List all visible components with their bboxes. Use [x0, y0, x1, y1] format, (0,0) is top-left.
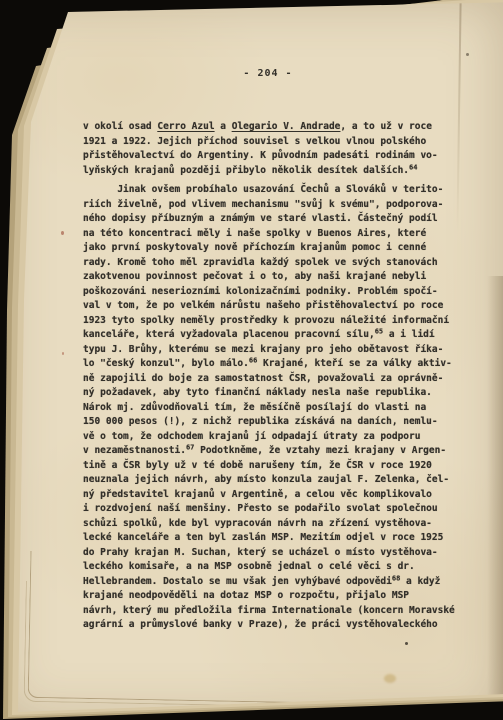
text-segment: a	[215, 121, 232, 132]
text-segment: typu J. Brůhy, kterému se mezi krajany p…	[83, 344, 443, 355]
ink-speck	[61, 231, 64, 235]
text-segment: , a to už v roce	[340, 121, 432, 132]
text-segment: leckého komisaře, a na MSP osobně jednal…	[83, 561, 415, 572]
text-line: 1921 a 1922. Jejich příchod souvisel s v…	[83, 135, 478, 150]
text-line: rady. Kromě toho měl zpravidla každý spo…	[83, 256, 478, 271]
text-line: návrh, který mu předložila firma Interna…	[83, 604, 478, 619]
text-line: lo "český konzul", bylo málo.66 Krajané,…	[83, 357, 478, 372]
text-line: v nezaměstnanosti.67 Podotkněme, že vzta…	[83, 444, 478, 459]
text-line: kanceláře, která vyžadovala placenou pra…	[83, 328, 478, 343]
text-line: i rozdvojení naší menšiny. Přesto se pod…	[83, 502, 478, 517]
text-segment: lyňských krajanů později přibylo několik…	[83, 165, 409, 176]
text-segment: poškozováni neseriozními kolonizačními p…	[83, 286, 438, 297]
footnote-ref: 65	[375, 328, 383, 336]
text-line: zakotvenou povinnost pečovat i o to, aby…	[83, 270, 478, 285]
text-segment: neuznala jejich návrh, aby místo konzula…	[83, 474, 449, 485]
text-line: riích živelně, pod vlivem mechanismu "sv…	[83, 198, 478, 213]
text-segment: zakotvenou povinnost pečovat i o to, aby…	[83, 271, 426, 282]
text-segment: agrární a průmyslové banky v Praze), že …	[83, 619, 438, 630]
underlined-text: Olegario V. Andrade	[232, 121, 341, 132]
text-segment: val v tom, že po velkém nárůstu našeho p…	[83, 300, 443, 311]
text-segment: schůzi spolků, kde byl vypracován návrh …	[83, 518, 432, 529]
text-line: ně zapojili do boje za samostatnost ČSR,…	[83, 372, 478, 387]
page-edge-shadow	[487, 276, 503, 696]
text-line: neuznala jejich návrh, aby místo konzula…	[83, 473, 478, 488]
text-segment: Jinak ovšem probíhalo usazování Čechů a …	[83, 184, 443, 195]
text-segment: rady. Kromě toho měl zpravidla každý spo…	[83, 257, 438, 268]
text-line: val v tom, že po velkém nárůstu našeho p…	[83, 299, 478, 314]
text-segment: Nárok mj. zdůvodňovali tím, že měsíčně p…	[83, 402, 426, 413]
text-line: Nárok mj. zdůvodňovali tím, že měsíčně p…	[83, 401, 478, 416]
text-segment: i rozdvojení naší menšiny. Přesto se pod…	[83, 503, 438, 514]
text-segment: a i lidí	[383, 329, 434, 340]
text-block: v okolí osad Cerro Azul a Olegario V. An…	[83, 120, 478, 633]
text-segment: v okolí osad	[83, 121, 157, 132]
text-segment: ný požadavek, aby tyto finanční náklady …	[83, 387, 432, 398]
document-page: - 204 - v okolí osad Cerro Azul a Olegar…	[0, 0, 503, 720]
text-segment: tině a ČSR byly už v té době narušeny tí…	[83, 460, 432, 471]
text-line: poškozováni neseriozními kolonizačními p…	[83, 285, 478, 300]
text-line: leckého komisaře, a na MSP osobně jednal…	[83, 560, 478, 575]
underlined-text: Cerro Azul	[157, 121, 214, 132]
text-segment: návrh, který mu předložila firma Interna…	[83, 605, 455, 616]
text-segment: jako první poskytovaly nově příchozím kr…	[83, 242, 426, 253]
text-segment: lo "český konzul", bylo málo.	[83, 358, 249, 369]
text-line: agrární a průmyslové banky v Praze), že …	[83, 618, 478, 633]
text-segment: přistěhovalectví do Argentiny. K původní…	[83, 150, 438, 161]
text-segment: 1921 a 1922. Jejich příchod souvisel s v…	[83, 136, 426, 147]
ink-speck	[62, 352, 64, 355]
text-line: lecké kanceláře a ten byl zaslán MSP. Me…	[83, 531, 478, 546]
stain-mark	[384, 674, 396, 683]
text-line: Jinak ovšem probíhalo usazování Čechů a …	[83, 183, 478, 198]
text-line: ný požadavek, aby tyto finanční náklady …	[83, 386, 478, 401]
text-segment: 150 000 pesos (!), z nichž republika zís…	[83, 416, 438, 427]
text-segment: Hellebrandem. Dostalo se mu však jen vyh…	[83, 576, 392, 587]
text-line: typu J. Brůhy, kterému se mezi krajany p…	[83, 343, 478, 358]
scanned-page-photo: - 204 - v okolí osad Cerro Azul a Olegar…	[0, 0, 503, 720]
text-segment: 1923 tyto spolky neměly prostředky k pro…	[83, 315, 449, 326]
text-segment: kanceláře, která vyžadovala placenou pra…	[83, 329, 375, 340]
text-segment: Krajané, kteří se za války aktiv-	[257, 358, 451, 369]
text-segment: na této koncentraci měly i naše spolky v…	[83, 228, 426, 239]
text-line: na této koncentraci měly i naše spolky v…	[83, 227, 478, 242]
text-segment: do Prahy krajan M. Suchan, který se uchá…	[83, 547, 438, 558]
text-segment: vě o tom, že odchodem krajanů jí odpadaj…	[83, 431, 420, 442]
text-segment: v nezaměstnanosti.	[83, 445, 186, 456]
text-line: 1923 tyto spolky neměly prostředky k pro…	[83, 314, 478, 329]
text-line: vě o tom, že odchodem krajanů jí odpadaj…	[83, 430, 478, 445]
text-line: schůzi spolků, kde byl vypracován návrh …	[83, 517, 478, 532]
text-line: jako první poskytovaly nově příchozím kr…	[83, 241, 478, 256]
text-segment: lecké kanceláře a ten byl zaslán MSP. Me…	[83, 532, 443, 543]
text-line: 150 000 pesos (!), z nichž republika zís…	[83, 415, 478, 430]
page-number: - 204 -	[83, 68, 453, 79]
text-line: ný představitel krajanů v Argentině, a c…	[83, 488, 478, 503]
ink-speck	[405, 642, 408, 645]
text-line: do Prahy krajan M. Suchan, který se uchá…	[83, 546, 478, 561]
ink-speck	[466, 53, 469, 56]
text-line: přistěhovalectví do Argentiny. K původní…	[83, 149, 478, 164]
text-segment: ně zapojili do boje za samostatnost ČSR,…	[83, 373, 443, 384]
text-segment: Podotkněme, že vztahy mezi krajany v Arg…	[194, 445, 446, 456]
text-line: Hellebrandem. Dostalo se mu však jen vyh…	[83, 575, 478, 590]
text-line: ného dopisy příbuzným a známým ve staré …	[83, 212, 478, 227]
text-segment: ný představitel krajanů v Argentině, a c…	[83, 489, 432, 500]
text-line: tině a ČSR byly už v té době narušeny tí…	[83, 459, 478, 474]
text-segment: ného dopisy příbuzným a známým ve staré …	[83, 213, 438, 224]
text-segment: a když	[400, 576, 440, 587]
text-segment: riích živelně, pod vlivem mechanismu "sv…	[83, 199, 443, 210]
text-line: v okolí osad Cerro Azul a Olegario V. An…	[83, 120, 478, 135]
text-line: lyňských krajanů později přibylo několik…	[83, 164, 478, 179]
footnote-ref: 64	[409, 163, 417, 171]
text-segment: krajané neodpověděli na dotaz MSP o rozp…	[83, 590, 409, 601]
text-line: krajané neodpověděli na dotaz MSP o rozp…	[83, 589, 478, 604]
